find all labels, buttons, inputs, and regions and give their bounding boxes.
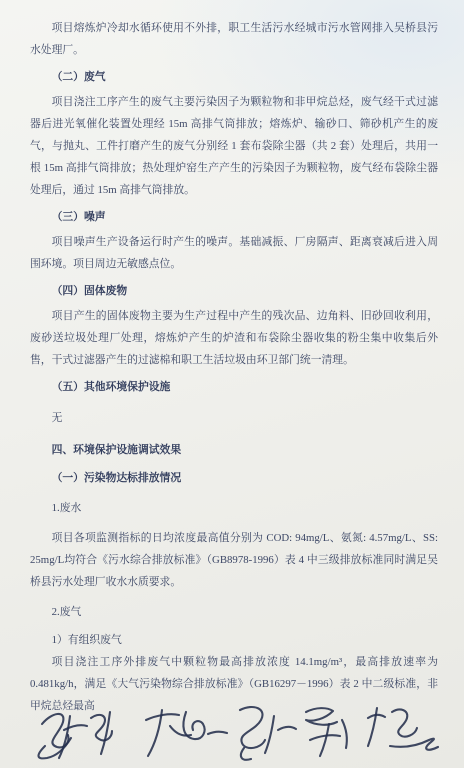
paragraph-cooling-water: 项目熔炼炉冷却水循环使用不外排，职工生活污水经城市污水管网排入吴桥县污水处理厂。 (30, 17, 438, 61)
heading-section-5-other-facilities: （五）其他环境保护设施 (30, 376, 438, 398)
handwritten-signature-5 (368, 708, 438, 750)
paragraph-wastewater-monitoring: 项目各项监测指标的日均浓度最高值分别为 COD: 94mg/L、氨氮: 4.57… (30, 527, 438, 593)
handwritten-signatures-row (18, 694, 446, 766)
scanned-document-page: 项目熔炼炉冷却水循环使用不外排，职工生活污水经城市污水管网排入吴桥县污水处理厂。… (0, 0, 464, 768)
heading-section-1-compliance: （一）污染物达标排放情况 (30, 467, 438, 489)
heading-section-3-noise: （三）噪声 (30, 206, 438, 228)
handwritten-signature-1 (39, 712, 113, 758)
subheading-organized-waste-gas: 1）有组织废气 (30, 629, 438, 651)
subheading-wastewater: 1.废水 (30, 497, 438, 519)
handwritten-signature-3 (240, 707, 296, 760)
handwritten-signature-4 (306, 708, 347, 756)
subheading-waste-gas: 2.废气 (30, 601, 438, 623)
paragraph-none: 无 (30, 407, 438, 429)
heading-section-4-solid-waste: （四）固体废物 (30, 280, 438, 302)
paragraph-waste-gas-detail: 项目浇注工序产生的废气主要污染因子为颗粒物和非甲烷总烃，废气经干式过滤器后进光氧… (30, 91, 438, 201)
paragraph-solid-waste-detail: 项目产生的固体废物主要为生产过程中产生的残次品、边角料、旧砂回收利用，废砂送垃圾… (30, 305, 438, 371)
heading-part-4-debug-results: 四、环境保护设施调试效果 (30, 439, 438, 461)
handwritten-signature-2 (146, 710, 227, 756)
document-body: 项目熔炼炉冷却水循环使用不外排，职工生活污水经城市污水管网排入吴桥县污水处理厂。… (30, 17, 438, 720)
heading-section-2-waste-gas: （二）废气 (30, 66, 438, 88)
paragraph-noise-detail: 项目噪声生产设备运行时产生的噪声。基础减振、厂房隔声、距离衰减后进入周围环境。项… (30, 231, 438, 275)
